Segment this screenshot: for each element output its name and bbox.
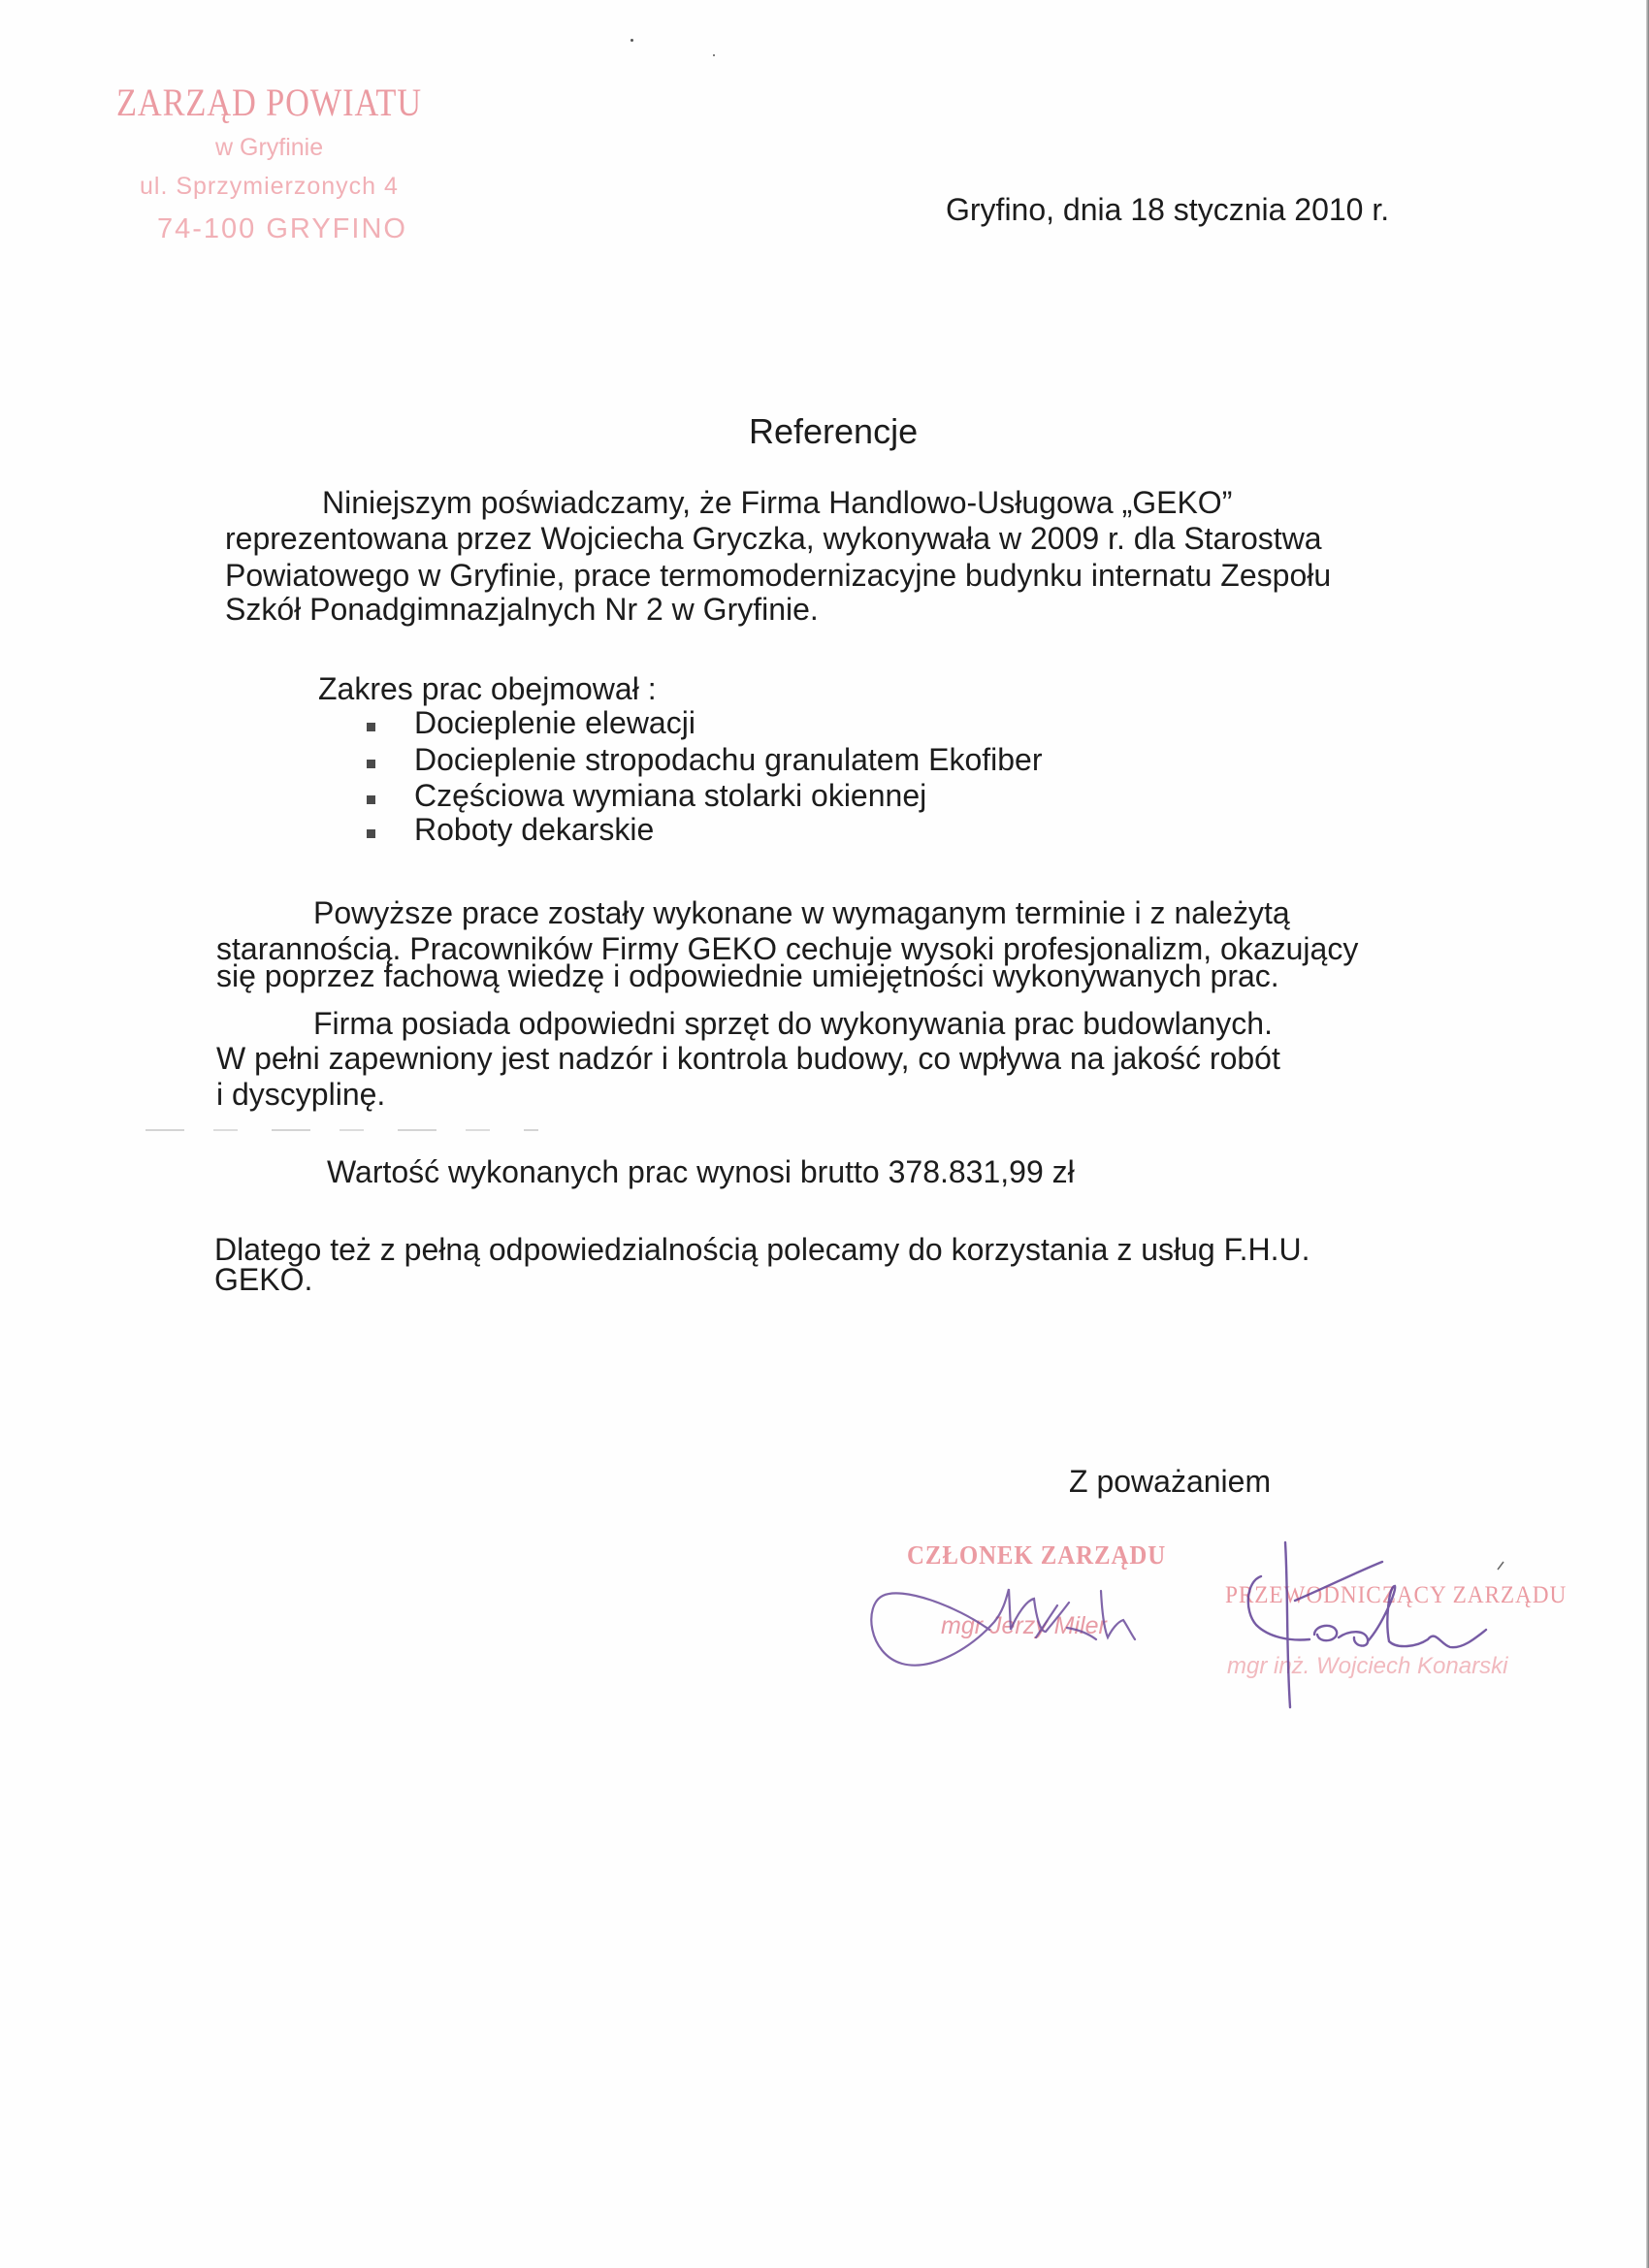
scanned-letter-page: ZARZĄD POWIATU w Gryfinie ul. Sprzymierz… xyxy=(0,0,1649,2268)
paragraph-line: GEKO. xyxy=(214,1264,312,1295)
paragraph-line: Dlatego też z pełną odpowiedzialnością p… xyxy=(214,1234,1309,1265)
paragraph-line: W pełni zapewniony jest nadzór i kontrol… xyxy=(216,1043,1280,1074)
scan-speck xyxy=(630,39,633,42)
list-item-text: Docieplenie stropodachu granulatem Ekofi… xyxy=(414,744,1043,775)
document-title: Referencje xyxy=(749,414,918,449)
header-stamp-line4: 74-100 GRYFINO xyxy=(157,215,407,243)
paragraph-line: Szkół Ponadgimnazjalnych Nr 2 w Gryfinie… xyxy=(225,594,819,625)
scan-speck xyxy=(713,54,715,56)
paragraph-line: i dyscyplinę. xyxy=(216,1079,385,1110)
list-item-text: Częściowa wymiana stolarki okiennej xyxy=(414,780,926,811)
paragraph-line: Firma posiada odpowiedni sprzęt do wykon… xyxy=(313,1008,1273,1039)
list-item-text: Roboty dekarskie xyxy=(414,814,654,845)
paragraph-line: Niniejszym poświadczamy, że Firma Handlo… xyxy=(322,487,1232,518)
scope-heading: Zakres prac obejmował : xyxy=(318,673,657,704)
paragraph-line: Powiatowego w Gryfinie, prace termomoder… xyxy=(225,560,1331,591)
header-stamp-line2: w Gryfinie xyxy=(215,136,323,160)
square-bullet-icon xyxy=(367,795,375,804)
square-bullet-icon xyxy=(367,723,375,731)
date-line: Gryfino, dnia 18 stycznia 2010 r. xyxy=(946,194,1389,225)
paragraph-line: się poprzez fachową wiedzę i odpowiednie… xyxy=(216,960,1279,991)
paragraph-line: Powyższe prace zostały wykonane w wymaga… xyxy=(313,897,1290,928)
handwritten-signature-icon xyxy=(863,1562,1174,1688)
header-stamp-line1: ZARZĄD POWIATU xyxy=(116,83,422,122)
scan-artifact-line xyxy=(145,1129,538,1131)
square-bullet-icon xyxy=(367,829,375,838)
paragraph-line: reprezentowana przez Wojciecha Gryczka, … xyxy=(225,523,1322,554)
header-stamp-line3: ul. Sprzymierzonych 4 xyxy=(140,175,399,199)
closing-salutation: Z poważaniem xyxy=(1069,1466,1271,1497)
handwritten-signature-icon xyxy=(1222,1533,1513,1727)
contract-value-line: Wartość wykonanych prac wynosi brutto 37… xyxy=(327,1156,1075,1187)
square-bullet-icon xyxy=(367,760,375,768)
list-item-text: Docieplenie elewacji xyxy=(414,707,695,738)
